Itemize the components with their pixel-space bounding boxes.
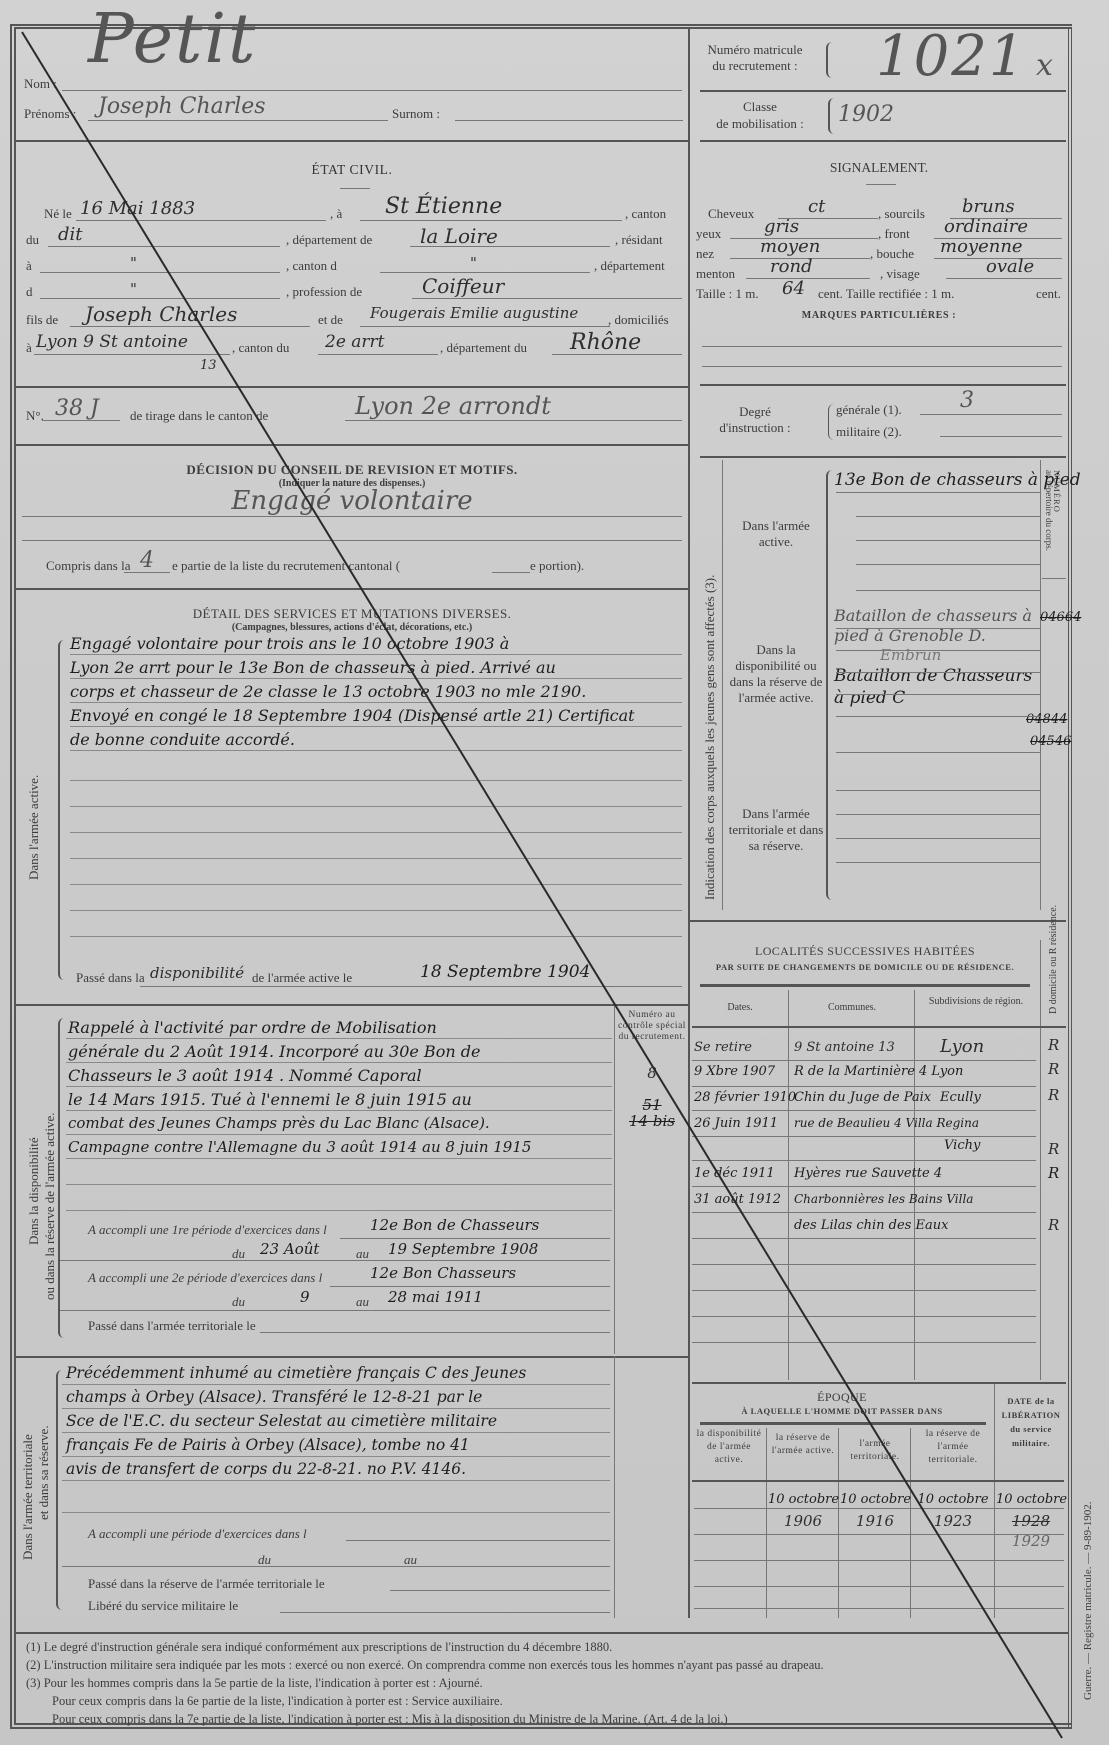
footnote-3b: Pour ceux compris dans la 6e partie de l… — [52, 1694, 503, 1709]
corps-dispo-number: 04844 — [1026, 712, 1067, 727]
epoque-title: ÉPOQUE — [692, 1390, 992, 1405]
fill-line — [380, 272, 590, 273]
fill-line — [920, 414, 1062, 415]
divider — [16, 444, 688, 446]
canton-d-value: " — [470, 254, 477, 272]
row-line — [692, 1110, 1036, 1111]
footnote-3: (3) Pour les hommes compris dans la 5e p… — [26, 1676, 483, 1691]
epoque-year: 1906 — [768, 1512, 838, 1530]
epoque-col-territoriale: l'armée territoriale. — [840, 1438, 910, 1464]
row-type: R — [1048, 1036, 1059, 1054]
dispo-side-label: Dans la disponibilité — [26, 1137, 42, 1245]
fill-line — [40, 272, 280, 273]
a-label: , à — [330, 206, 342, 222]
epoque-subtitle: À LAQUELLE L'HOMME DOIT PASSER DANS — [692, 1406, 992, 1416]
fill-line — [22, 540, 682, 541]
footnote-3c: Pour ceux compris dans la 7e partie de l… — [52, 1712, 728, 1727]
passe-label: Passé dans la — [76, 970, 145, 986]
row-line — [692, 1238, 1036, 1239]
corps-dispo-number: 04664 — [1040, 610, 1081, 625]
sourcils-value: bruns — [962, 196, 1015, 217]
bouche-value: moyenne — [940, 236, 1023, 257]
fill-line — [140, 986, 682, 987]
ne-le-label: Né le — [44, 206, 72, 222]
epoque-row-line — [694, 1560, 1064, 1561]
cheveux-value: ct — [808, 196, 825, 217]
row-line — [692, 1290, 1036, 1291]
fill-line — [40, 298, 280, 299]
dispo-line: combat des Jeunes Champs près du Lac Bla… — [68, 1114, 490, 1132]
periode1-label: A accompli une 1re période d'exercices d… — [88, 1222, 327, 1238]
row-subdivision: Vichy — [944, 1138, 980, 1153]
fill-line — [60, 1310, 610, 1311]
classe-brace — [828, 98, 836, 134]
corps-active-value: 13e Bon de chasseurs à pied — [834, 470, 1081, 490]
services-brace — [58, 640, 66, 980]
dispo-line: Rappelé à l'activité par ordre de Mobili… — [68, 1018, 437, 1037]
surnom-line — [455, 120, 683, 121]
prenoms-value: Joseph Charles — [98, 94, 266, 119]
liberation-header: DATE de la LIBÉRATION du service militai… — [996, 1394, 1066, 1450]
fill-line — [836, 492, 1040, 493]
fill-line — [280, 1612, 610, 1613]
sourcils-label: , sourcils — [878, 206, 925, 222]
row-commune: Hyères rue Sauvette 4 — [794, 1166, 942, 1181]
localites-header-bottom — [692, 1026, 1066, 1028]
surnom-label: Surnom : — [392, 106, 440, 122]
epoque-date: 10 octobre — [912, 1492, 994, 1507]
tirage-no-value: 38 J — [55, 396, 99, 421]
controle-column-divider — [614, 1004, 615, 1354]
generale-value: 3 — [960, 388, 974, 413]
title-underline — [866, 184, 896, 185]
fill-line — [746, 278, 870, 279]
dispo-line: le 14 Mars 1915. Tué à l'ennemi le 8 jui… — [68, 1090, 472, 1109]
row-type: R — [1048, 1216, 1059, 1234]
fill-line — [940, 436, 1062, 437]
periode2-du-label: du — [232, 1294, 245, 1310]
matricule-label-line2: du recrutement : — [700, 58, 810, 74]
row-commune: R de la Martinière 4 Lyon — [794, 1064, 963, 1079]
corps-dispo-value: Bataillon de chasseurs à — [834, 606, 1032, 625]
front-value: ordinaire — [944, 216, 1028, 237]
visage-label: , visage — [880, 266, 920, 282]
taille-cent-label: cent. Taille rectifiée : 1 m. — [818, 286, 954, 302]
fill-line — [22, 516, 682, 517]
epoque-col-divider — [910, 1428, 911, 1618]
fill-line — [360, 326, 610, 327]
epoque-col-dispo: la disponibilité de l'armée active. — [692, 1428, 766, 1467]
d-value: " — [130, 280, 137, 298]
row-line — [692, 1212, 1036, 1213]
epoque-row-line — [694, 1534, 1064, 1535]
passe-territoriale-label: Passé dans l'armée territoriale le — [88, 1318, 256, 1334]
fill-line — [390, 1590, 610, 1591]
passe-reserve-terr-label: Passé dans la réserve de l'armée territo… — [88, 1576, 325, 1592]
fill-line — [836, 716, 1040, 717]
divider — [16, 386, 688, 388]
epoque-col-reserve: la réserve de l'armée active. — [768, 1432, 838, 1458]
du-label: du — [26, 232, 39, 248]
periode2-du-value: 9 — [300, 1288, 310, 1306]
fill-line — [48, 246, 280, 247]
row-line — [692, 1186, 1036, 1187]
dispo-line: Chasseurs le 3 août 1914 . Nommé Caporal — [68, 1066, 422, 1085]
corps-inner-divider — [722, 460, 723, 910]
divider — [700, 90, 1066, 92]
fill-line — [856, 590, 1040, 591]
matricule-label-line1: Numéro matricule — [700, 42, 810, 58]
commune-column-divider — [914, 990, 915, 1380]
territoriale-side-label-2: et dans sa réserve. — [36, 1425, 52, 1520]
divider — [16, 588, 688, 590]
fill-line — [412, 298, 682, 299]
fill-line — [836, 672, 1040, 673]
row-line — [692, 1316, 1036, 1317]
canton-d-label: , canton d — [286, 258, 337, 274]
divider — [16, 1356, 688, 1358]
row-date: Se retire — [694, 1040, 752, 1055]
taille-label: Taille : 1 m. — [696, 286, 759, 302]
controle-header: Numéro au contrôle spécial du recrutemen… — [616, 1010, 688, 1043]
divider — [700, 456, 1066, 458]
epoque-year: 1923 — [912, 1512, 994, 1530]
decision-title: DÉCISION DU CONSEIL DE REVISION ET MOTIF… — [16, 462, 688, 478]
fill-line — [836, 838, 1040, 839]
portion-fill — [492, 572, 530, 573]
row-line — [692, 1342, 1036, 1343]
epoque-row-line — [694, 1508, 1064, 1509]
divider — [700, 384, 1066, 386]
fils-de-label: fils de — [26, 312, 58, 328]
departement-du-label: , département du — [440, 340, 527, 356]
footnote-2: (2) L'instruction militaire sera indiqué… — [26, 1658, 824, 1673]
fill-line — [836, 790, 1040, 791]
cheveux-label: Cheveux — [708, 206, 754, 222]
ne-le-value: 16 Mai 1883 — [80, 198, 195, 219]
nom-value: Petit — [88, 0, 257, 79]
row-line — [692, 1264, 1036, 1265]
periode-terr-label: A accompli une période d'exercices dans … — [88, 1526, 307, 1542]
fill-line — [60, 1260, 610, 1261]
mere-value: Fougerais Emilie augustine — [370, 304, 578, 322]
row-line — [692, 1086, 1036, 1087]
du-value: dit — [58, 224, 83, 245]
classe-value: 1902 — [838, 102, 894, 127]
degre-brace — [828, 404, 836, 440]
row-commune: Chin du Juge de Paix — [794, 1090, 931, 1105]
domicile-value: Lyon 9 St antoine — [36, 332, 188, 352]
epoque-col-divider — [766, 1428, 767, 1618]
divider — [1042, 578, 1066, 579]
controle-value: 14 bis — [616, 1112, 688, 1130]
liberation-date: 10 octobre — [996, 1492, 1066, 1507]
row-subdivision: Lyon — [940, 1036, 984, 1057]
fill-line — [260, 1332, 610, 1333]
front-label: , front — [878, 226, 910, 242]
marques-title: MARQUES PARTICULIÈRES : — [690, 310, 1068, 321]
territoriale-line: champs à Orbey (Alsace). Transféré le 12… — [66, 1388, 482, 1406]
divider — [700, 140, 1066, 142]
territoriale-line: français Fe de Pairis à Orbey (Alsace), … — [66, 1436, 470, 1454]
fill-line — [345, 420, 682, 421]
active-line: corps et chasseur de 2e classe le 13 oct… — [70, 682, 586, 701]
degre-label-line1: Degré — [700, 404, 810, 420]
et-de-label: et de — [318, 312, 343, 328]
row-type: R — [1048, 1086, 1059, 1104]
periode2-au-value: 28 mai 1911 — [388, 1288, 483, 1306]
nez-value: moyen — [760, 236, 820, 257]
fill-line — [360, 220, 622, 221]
nez-label: nez — [696, 246, 714, 262]
corps-dispo-label: Dans la disponibilité ou dans la réserve… — [726, 642, 826, 706]
fill-line — [330, 1286, 610, 1287]
matricule-value: 1021 — [876, 24, 1027, 89]
row-type: R — [1048, 1164, 1059, 1182]
liberation-year: 1928 — [996, 1512, 1066, 1530]
divider — [16, 1004, 688, 1006]
bouche-label: , bouche — [870, 246, 914, 262]
fill-line — [836, 650, 1040, 651]
classe-label: Classe de mobilisation : — [700, 98, 820, 132]
territoriale-side-label: Dans l'armée territoriale — [20, 1434, 36, 1560]
tirage-no-label: N°. — [26, 408, 44, 424]
menton-value: rond — [770, 256, 813, 277]
active-side-label: Dans l'armée active. — [26, 775, 42, 880]
matricule-brace — [826, 42, 834, 78]
corps-dispo-number: 04546 — [1030, 734, 1071, 749]
departement-du-value: Rhône — [570, 330, 641, 355]
epoque-date: 10 octobre — [840, 1492, 910, 1507]
column-divider-inner — [614, 1356, 615, 1618]
divider — [692, 1382, 1066, 1384]
fill-line — [124, 572, 170, 573]
row-type: R — [1048, 1060, 1059, 1078]
territoriale-brace — [56, 1370, 64, 1610]
passe-value: disponibilité — [150, 964, 244, 982]
fill-line — [702, 366, 1062, 367]
fill-line — [34, 354, 230, 355]
tirage-label: de tirage dans le canton de — [130, 408, 268, 424]
fill-line — [836, 752, 1040, 753]
active-line: Engagé volontaire pour trois ans le 10 o… — [70, 634, 509, 653]
row-date: 1e déc 1911 — [694, 1166, 775, 1181]
localites-col-type: D domicile ou R résidence. — [1048, 905, 1059, 1014]
prenoms-label: Prénoms : — [24, 106, 76, 122]
services-subtitle: (Campagnes, blessures, actions d'éclat, … — [16, 622, 688, 633]
epoque-header-bottom — [692, 1480, 1064, 1482]
row-line — [692, 1136, 1036, 1137]
fill-line — [836, 694, 1040, 695]
registre-matricule-sheet: Petit Nom : Prénoms : Joseph Charles Sur… — [0, 0, 1109, 1745]
corps-dispo-value: à pied C — [834, 688, 905, 708]
matricule-label: Numéro matricule du recrutement : — [700, 42, 810, 74]
title-underline — [340, 188, 370, 189]
localites-subtitle: PAR SUITE DE CHANGEMENTS DE DOMICILE OU … — [690, 962, 1040, 972]
fill-line — [340, 1238, 610, 1239]
degre-label: Degré d'instruction : — [700, 404, 810, 436]
residant-label: , résidant — [615, 232, 663, 248]
column-divider — [688, 28, 690, 1618]
canton-label: , canton — [625, 206, 666, 222]
corps-dispo-value: Embrun — [880, 646, 941, 664]
fill-line — [410, 246, 610, 247]
row-date: 28 février 1910 — [694, 1090, 796, 1105]
periode2-au-label: au — [356, 1294, 369, 1310]
fill-line — [318, 354, 438, 355]
row-date: 31 août 1912 — [694, 1192, 781, 1207]
canton-du-label: , canton du — [232, 340, 289, 356]
controle-value: 8 — [616, 1064, 688, 1082]
services-title: DÉTAIL DES SERVICES ET MUTATIONS DIVERSE… — [16, 606, 688, 622]
pere-value: Joseph Charles — [85, 302, 237, 326]
dispo-line: générale du 2 Août 1914. Incorporé au 30… — [68, 1042, 480, 1061]
fill-line — [70, 326, 310, 327]
row-line — [692, 1060, 1036, 1061]
classe-label-line2: de mobilisation : — [700, 115, 820, 132]
lieu-naissance-value: St Étienne — [385, 194, 502, 219]
epoque-header-rule — [700, 1422, 986, 1425]
periode2-unit: 12e Bon Chasseurs — [370, 1264, 516, 1282]
localites-col-communes: Communes. — [790, 1002, 914, 1013]
degre-label-line2: d'instruction : — [700, 420, 810, 436]
periode1-du-value: 23 Août — [260, 1240, 319, 1258]
dispo-line: Campagne contre l'Allemagne du 3 août 19… — [68, 1138, 531, 1156]
nom-line — [62, 90, 682, 91]
compris-value: 4 — [140, 548, 154, 573]
yeux-label: yeux — [696, 226, 721, 242]
taille-rect-cent-label: cent. — [1036, 286, 1061, 302]
territoriale-line: Précédemment inhumé au cimetière françai… — [66, 1364, 526, 1382]
epoque-date: 10 octobre — [768, 1492, 838, 1507]
row-date: 9 Xbre 1907 — [694, 1064, 775, 1079]
fill-line — [62, 1566, 610, 1567]
nom-label: Nom : — [24, 76, 57, 92]
fill-line — [856, 516, 1040, 517]
divider — [16, 140, 688, 142]
epoque-col-divider — [838, 1428, 839, 1618]
classe-label-line1: Classe — [700, 98, 820, 115]
numero-column-divider — [1040, 460, 1041, 910]
partie-label: e partie de la liste du recrutement cant… — [172, 558, 400, 574]
passe-date: 18 Septembre 1904 — [420, 962, 590, 982]
tirage-canton-value: Lyon 2e arrondt — [355, 392, 551, 420]
epoque-year: 1916 — [840, 1512, 910, 1530]
canton-du-value: 2e arrt — [325, 332, 385, 352]
residant-a-value: " — [130, 254, 137, 272]
departement-value: la Loire — [420, 224, 498, 248]
passe-label-2: de l'armée active le — [252, 970, 352, 986]
compris-label: Compris dans la — [46, 558, 131, 574]
etat-civil-title: ÉTAT CIVIL. — [16, 162, 688, 178]
profession-value: Coiffeur — [422, 274, 504, 298]
registre-edge-text: Guerre. — Registre matricule. — 9-89-190… — [1082, 1501, 1094, 1700]
libere-label: Libéré du service militaire le — [88, 1598, 238, 1614]
fill-line — [76, 220, 326, 221]
domicile-a-label: à — [26, 340, 32, 356]
active-line: Envoyé en congé le 18 Septembre 1904 (Di… — [70, 706, 635, 725]
active-line: de bonne conduite accordé. — [70, 730, 295, 749]
generale-label: générale (1). — [836, 402, 902, 418]
row-line — [692, 1160, 1036, 1161]
right-frame-edge — [1068, 28, 1072, 1728]
fill-line — [836, 628, 1040, 629]
fill-line — [836, 862, 1040, 863]
localites-header-rule — [700, 984, 1030, 987]
militaire-label: militaire (2). — [836, 424, 902, 440]
row-commune: des Lilas chin des Eaux — [794, 1218, 948, 1233]
domicilies-label: , domiciliés — [608, 312, 669, 328]
a-label-2: à — [26, 258, 32, 274]
divider — [690, 920, 1066, 922]
d-label: d — [26, 284, 33, 300]
fill-line — [42, 420, 120, 421]
fill-line — [552, 354, 682, 355]
territoriale-line: Sce de l'E.C. du secteur Selestat au cim… — [66, 1412, 497, 1430]
fill-line — [702, 346, 1062, 347]
dispo-brace — [58, 1018, 66, 1338]
epoque-row-line — [694, 1608, 1064, 1609]
decision-value: Engagé volontaire — [16, 486, 688, 516]
row-date: 26 Juin 1911 — [694, 1116, 778, 1131]
departement-label: , département de — [286, 232, 372, 248]
localites-title: LOCALITÉS SUCCESSIVES HABITÉES — [690, 944, 1040, 959]
fill-line — [856, 564, 1040, 565]
yeux-value: gris — [764, 216, 799, 237]
departement-label-2: , département — [594, 258, 665, 274]
fill-line — [836, 814, 1040, 815]
active-line: Lyon 2e arrt pour le 13e Bon de chasseur… — [70, 658, 556, 677]
corps-side-label: Indication des corps auxquels les jeunes… — [702, 575, 718, 900]
fill-line — [946, 278, 1062, 279]
localites-col-subdivisions: Subdivisions de région. — [916, 996, 1036, 1008]
dispo-side-label-2: ou dans la réserve de l'armée active. — [42, 1113, 58, 1301]
visage-value: ovale — [986, 256, 1034, 277]
periode1-unit: 12e Bon de Chasseurs — [370, 1216, 539, 1234]
taille-value: 64 — [782, 278, 805, 299]
epoque-row-line — [694, 1586, 1064, 1587]
fill-line — [856, 540, 1040, 541]
corps-active-label: Dans l'armée active. — [726, 518, 826, 550]
periode2-label: A accompli une 2e période d'exercices da… — [88, 1270, 322, 1286]
fill-line — [346, 1540, 610, 1541]
portion-label: e portion). — [530, 558, 584, 574]
footnotes-divider — [16, 1632, 1068, 1634]
localites-col-dates: Dates. — [692, 1002, 788, 1013]
row-commune: Charbonnières les Bains Villa — [794, 1192, 973, 1206]
corps-brace — [826, 470, 834, 900]
domicile-number: 13 — [200, 358, 217, 373]
row-commune: 9 St antoine 13 — [794, 1040, 895, 1055]
date-column-divider — [788, 990, 789, 1380]
row-type: R — [1048, 1140, 1059, 1158]
profession-label: , profession de — [286, 284, 362, 300]
liberation-column-divider — [994, 1384, 995, 1618]
signalement-title: SIGNALEMENT. — [690, 160, 1068, 176]
corps-territoriale-label: Dans l'armée territoriale et dans sa rés… — [726, 806, 826, 854]
prenoms-line — [88, 120, 388, 121]
epoque-col-reserve-territoriale: la réserve de l'armée territoriale. — [912, 1428, 994, 1467]
corps-dispo-value: Bataillon de Chasseurs — [834, 666, 1032, 686]
menton-label: menton — [696, 266, 735, 282]
footnote-1: (1) Le degré d'instruction générale sera… — [26, 1640, 612, 1655]
territoriale-line: avis de transfert de corps du 22-8-21. n… — [66, 1460, 466, 1478]
row-subdivision: Ecully — [940, 1090, 981, 1105]
periode1-au-value: 19 Septembre 1908 — [388, 1240, 538, 1258]
row-commune: rue de Beaulieu 4 Villa Regina — [794, 1116, 979, 1130]
type-column-divider — [1040, 940, 1041, 1380]
matricule-mark: x — [1036, 48, 1053, 83]
